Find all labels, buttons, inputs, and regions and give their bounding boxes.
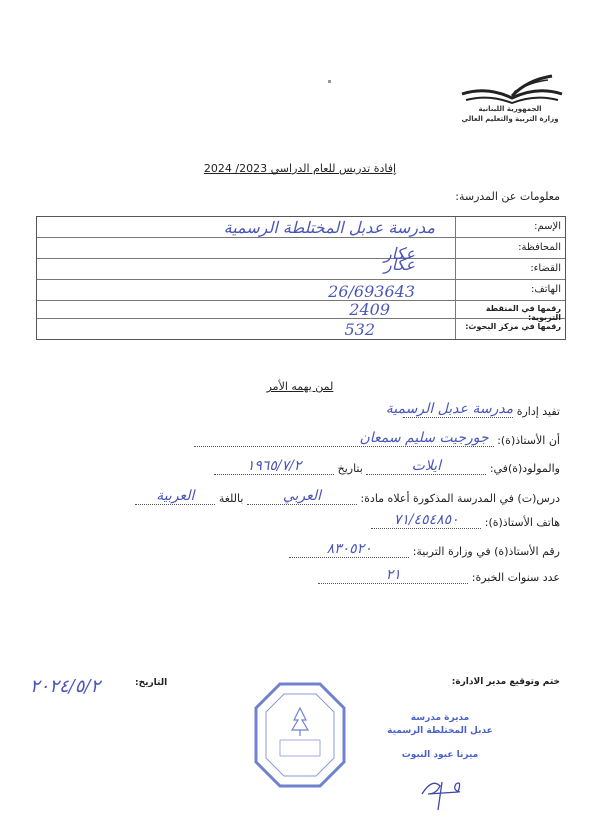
born-label: والمولود(ة)في: [490,462,560,475]
birth-date-field: ١٩٦٥/٧/٢ [214,463,334,475]
experience-label: عدد سنوات الخبرة: [472,571,560,584]
value-research-center-number: 532 [37,319,455,339]
school-info-heading: معلومات عن المدرسة: [455,190,560,203]
director-stamp-title: مديرة مدرسة عدبل المختلطة الرسمية [385,712,495,738]
ministry-name: وزارة التربية والتعليم العالي [440,114,580,124]
line-administration: تفيد إدارة مدرسة عدبل الرسمية [403,405,560,418]
line-experience: عدد سنوات الخبرة: ٢١ [318,571,560,584]
republic-name: الجمهورية اللبنانية [440,104,580,114]
value-district: عكار [37,259,455,279]
row-phone: الهاتف: 26/693643 [37,280,565,301]
language-label: باللغة [219,492,244,505]
language-field: العربية [135,493,215,505]
teacher-phone-field: ٧١/٤٥٤٨٥٠ [371,517,481,529]
value-edu-zone-number: 2409 [37,301,455,318]
teacher-label: أن الأستاذ(ة): [497,434,560,447]
official-stamp-icon [252,680,348,790]
label-research-center-number: رقمها في مركز البحوث: [455,319,565,339]
line-teacher-phone: هاتف الأستاذ(ة): ٧١/٤٥٤٨٥٠ [371,516,560,529]
stamp-line-2: عدبل المختلطة الرسمية [385,725,495,738]
line-teacher: أن الأستاذ(ة): جورجيت سليم سمعان [194,434,560,447]
line-subject: درس(ت) في المدرسة المذكورة أعلاه مادة: ا… [135,492,560,505]
born-place-field: ايلات [366,463,486,475]
row-district: القضاء: عكار [37,259,565,280]
teacher-phone-label: هاتف الأستاذ(ة): [485,516,560,529]
label-name: الإسم: [455,217,565,237]
birth-date-label: بتاريخ [338,462,363,475]
taught-label: درس(ت) في المدرسة المذكورة أعلاه مادة: [360,492,560,505]
label-edu-zone-number: رقمها في المنقطة التربوية: [455,301,565,318]
line-ministry-number: رقم الأستاذ(ة) في وزارة التربية: ٨٣٠٥٢٠ [289,545,560,558]
label-phone: الهاتف: [455,280,565,300]
document-title: إفادة تدريس للعام الدراسي 2023/ 2024 [185,162,415,175]
ministry-header: الجمهورية اللبنانية وزارة التربية والتعل… [440,104,580,124]
signature-label: ختم وتوقيع مدير الادارة: [452,677,560,687]
row-research-center-number: رقمها في مركز البحوث: 532 [37,319,565,339]
signature-icon [418,772,468,812]
director-name: ميرنا عبود النبوت [385,750,495,760]
row-governorate: المحافظة: عكار [37,238,565,259]
to-whom-it-may-concern: لمن يهمه الأمر [250,380,350,393]
footer-date-value: ٢٠٢٤/٥/٢ [30,676,100,697]
row-name: الإسم: مدرسة عدبل المختلطة الرسمية [37,217,565,238]
school-info-table: الإسم: مدرسة عدبل المختلطة الرسمية المحا… [36,216,566,340]
admin-label: تفيد إدارة [517,405,560,418]
scan-speck [328,80,331,83]
admin-field: مدرسة عدبل الرسمية [403,406,513,418]
line-birth: والمولود(ة)في: ايلات بتاريخ ١٩٦٥/٧/٢ [214,462,560,475]
value-name: مدرسة عدبل المختلطة الرسمية [37,217,455,237]
value-phone: 26/693643 [37,280,455,300]
label-governorate: المحافظة: [455,238,565,258]
teacher-field: جورجيت سليم سمعان [194,435,494,447]
ministry-number-field: ٨٣٠٥٢٠ [289,546,409,558]
row-edu-zone-number: رقمها في المنقطة التربوية: 2409 [37,301,565,319]
footer-date-label: التاريخ: [135,678,167,688]
experience-field: ٢١ [318,572,468,584]
stamp-line-1: مديرة مدرسة [385,712,495,725]
subject-field: العربي [247,493,357,505]
label-district: القضاء: [455,259,565,279]
ministry-number-label: رقم الأستاذ(ة) في وزارة التربية: [413,545,560,558]
